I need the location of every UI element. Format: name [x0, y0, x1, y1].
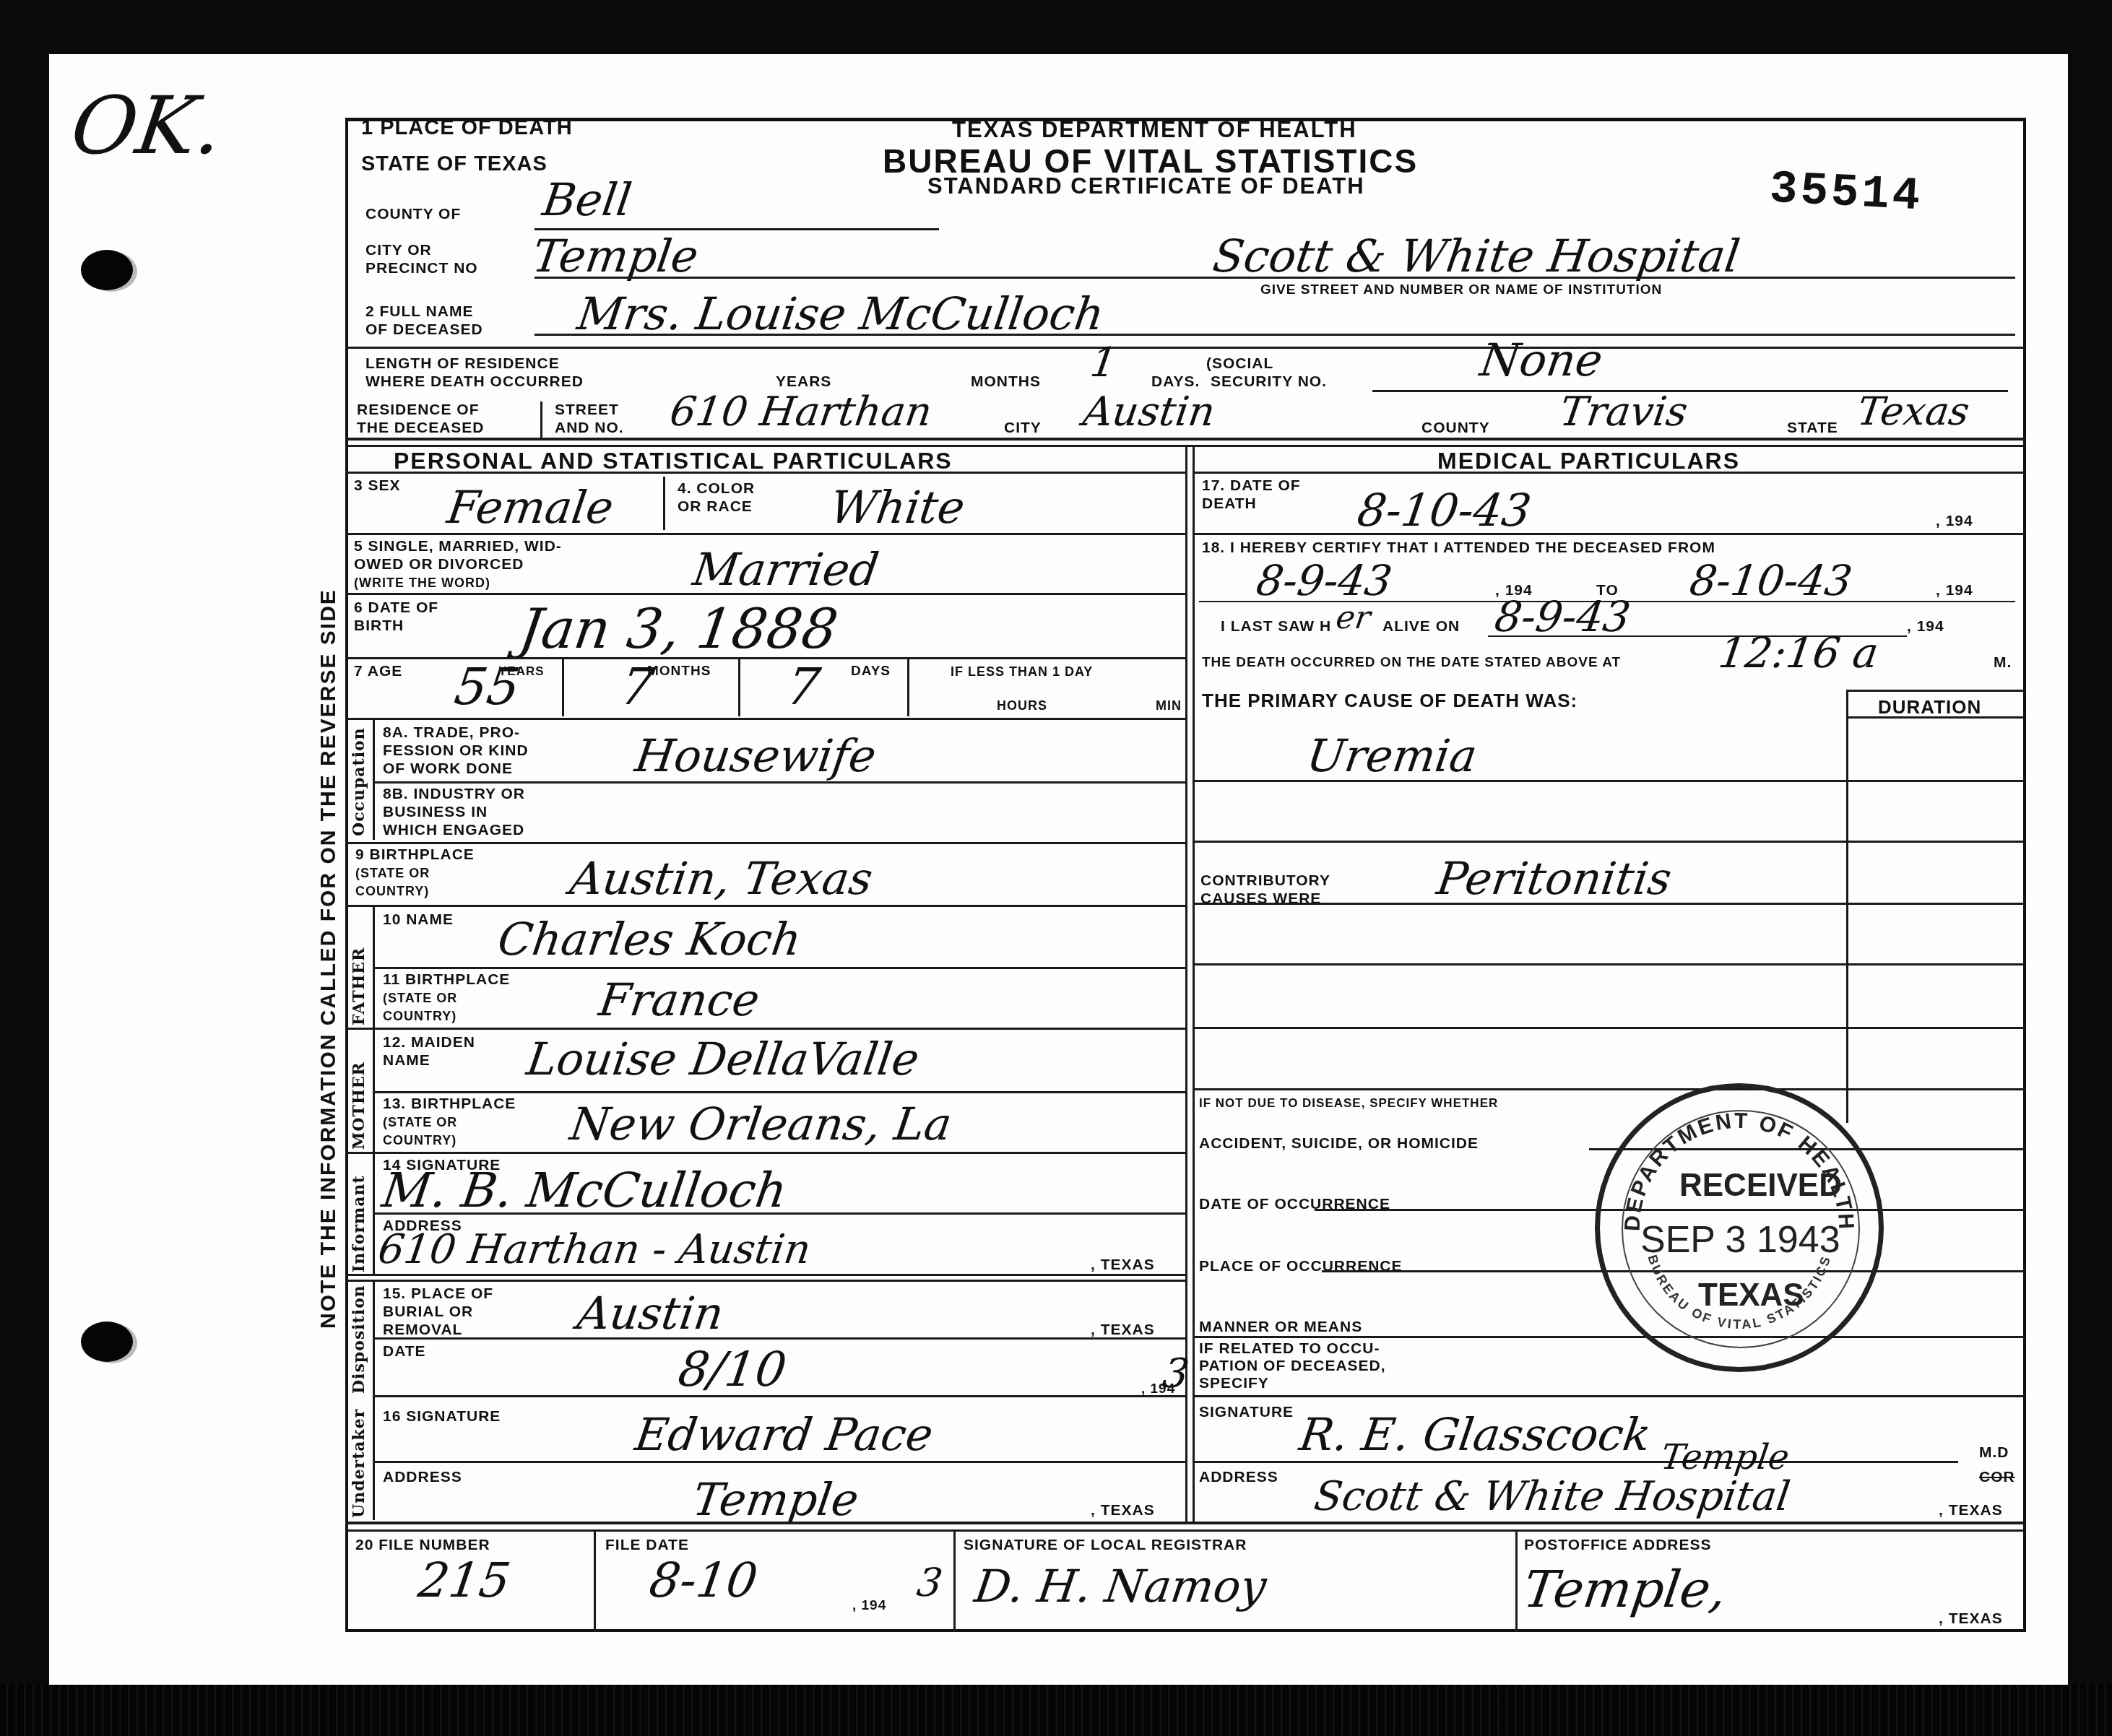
- race-value: White: [827, 481, 968, 534]
- res-state-label: STATE: [1787, 420, 1838, 437]
- marital-value: Married: [690, 543, 882, 596]
- age-years-value: 55: [451, 657, 524, 716]
- occupation-tag: Occupation: [350, 727, 368, 836]
- time-of-death-value: 12:16 a: [1715, 628, 1882, 677]
- dob-value: Jan 3, 1888: [516, 596, 841, 661]
- res-county-value: Travis: [1557, 389, 1690, 435]
- mother-bp-label-3: COUNTRY): [383, 1132, 456, 1149]
- burial-texas-label: , TEXAS: [1091, 1321, 1155, 1339]
- burial-place-value: Austin: [574, 1287, 727, 1340]
- full-name-label-1: 2 FULL NAME: [365, 303, 473, 321]
- attended-from-value: 8-9-43: [1253, 556, 1395, 605]
- undertaker-texas-label: , TEXAS: [1091, 1502, 1155, 1519]
- res-state-value: Texas: [1855, 389, 1973, 434]
- undertaker-address-value: Temple: [690, 1473, 862, 1526]
- occupation-related-label-3: SPECIFY: [1199, 1375, 1269, 1392]
- burial-date-value: 8/10: [675, 1342, 790, 1397]
- scan-border: [0, 1685, 2112, 1736]
- min-label: MIN: [1156, 697, 1182, 714]
- last-saw-label-1: I LAST SAW H: [1221, 618, 1331, 635]
- mother-name-label-2: NAME: [383, 1052, 430, 1069]
- form-title: STANDARD CERTIFICATE OF DEATH: [927, 173, 1365, 199]
- attended-to-year: , 194: [1936, 582, 1973, 599]
- full-name-value: Mrs. Louise McCulloch: [574, 287, 1107, 340]
- father-bp-label-1: 11 BIRTHPLACE: [383, 971, 510, 989]
- mother-name-label-1: 12. MAIDEN: [383, 1034, 475, 1051]
- undertaker-signature: Edward Pace: [632, 1408, 937, 1461]
- physician-city: Temple: [1658, 1437, 1792, 1477]
- industry-label-3: WHICH ENGAGED: [383, 822, 524, 839]
- stamp-state: TEXAS: [1698, 1277, 1804, 1314]
- state-label: STATE OF TEXAS: [361, 153, 548, 175]
- registrar-signature: D. H. Namoy: [971, 1560, 1270, 1613]
- mother-tag: MOTHER: [350, 1062, 368, 1150]
- dod-label-2: DEATH: [1202, 495, 1257, 513]
- residence-label-1: RESIDENCE OF: [357, 402, 480, 419]
- city-label-1: CITY OR: [365, 242, 432, 259]
- file-date-value: 8-10: [646, 1553, 761, 1608]
- res-city-label: CITY: [1004, 420, 1042, 437]
- hours-label: HOURS: [997, 697, 1047, 714]
- md-label: M.D: [1979, 1444, 2009, 1462]
- birthplace-label-3: COUNTRY): [355, 882, 429, 900]
- personal-section-title: PERSONAL AND STATISTICAL PARTICULARS: [394, 448, 953, 474]
- street-value: 610 Harthan: [667, 389, 935, 435]
- disposition-tag: Disposition: [350, 1285, 368, 1394]
- residence-length-label-2: WHERE DEATH OCCURRED: [365, 373, 584, 391]
- father-tag: FATHER: [350, 947, 368, 1025]
- ssn-label-1: (SOCIAL: [1206, 355, 1273, 373]
- physician-address-value: Scott & White Hospital: [1311, 1473, 1793, 1520]
- street-label-1: STREET: [555, 402, 619, 419]
- age-days-label: DAYS: [851, 663, 891, 680]
- physician-texas-label: , TEXAS: [1939, 1502, 2003, 1519]
- undertaker-tag: Undertaker: [350, 1409, 368, 1518]
- father-name-value: Charles Koch: [495, 913, 805, 965]
- punch-hole-bottom: [81, 1321, 133, 1362]
- postoffice-label: POSTOFFICE ADDRESS: [1524, 1537, 1712, 1554]
- sex-value: Female: [444, 481, 617, 534]
- registrar-label: SIGNATURE OF LOCAL REGISTRAR: [964, 1537, 1247, 1554]
- manner-label: MANNER OR MEANS: [1199, 1319, 1362, 1336]
- department-title: TEXAS DEPARTMENT OF HEALTH: [952, 117, 1357, 143]
- punch-hole-top: [81, 250, 133, 290]
- marital-label-2: OWED OR DIVORCED: [354, 556, 524, 573]
- sex-label: 3 SEX: [354, 477, 401, 495]
- postoffice-texas-label: , TEXAS: [1939, 1610, 2003, 1628]
- postoffice-value: Temple,: [1520, 1560, 1730, 1619]
- file-number-label: 20 FILE NUMBER: [355, 1537, 490, 1554]
- file-year-prefix: , 194: [852, 1597, 886, 1615]
- not-disease-label: IF NOT DUE TO DISEASE, SPECIFY WHETHER: [1199, 1095, 1498, 1112]
- stamp-status: RECEIVED: [1679, 1168, 1842, 1204]
- county-label: COUNTY OF: [365, 206, 461, 223]
- time-label: THE DEATH OCCURRED ON THE DATE STATED AB…: [1202, 654, 1621, 672]
- last-saw-date: 8-9-43: [1492, 592, 1633, 641]
- months-label: MONTHS: [971, 373, 1041, 391]
- informant-signature: M. B. McCulloch: [379, 1163, 791, 1218]
- ssn-value: None: [1477, 334, 1606, 386]
- county-value: Bell: [540, 173, 635, 226]
- full-name-label-2: OF DECEASED: [365, 321, 483, 339]
- institution-value: Scott & White Hospital: [1210, 230, 1743, 282]
- cor-label: COR: [1979, 1469, 2015, 1486]
- file-number-value: 215: [415, 1553, 514, 1608]
- marital-label-1: 5 SINGLE, MARRIED, WID-: [354, 538, 562, 555]
- race-label-1: 4. COLOR: [678, 480, 755, 498]
- father-birthplace-value: France: [596, 973, 763, 1026]
- attended-to-value: 8-10-43: [1687, 556, 1855, 605]
- time-suffix: M.: [1994, 654, 2012, 672]
- last-saw-label-2: ALIVE ON: [1382, 618, 1460, 635]
- contributory-cause-value: Peritonitis: [1434, 852, 1675, 905]
- mother-birthplace-value: New Orleans, La: [567, 1098, 955, 1150]
- dod-label-1: 17. DATE OF: [1202, 477, 1301, 495]
- primary-cause-label: THE PRIMARY CAUSE OF DEATH WAS:: [1202, 690, 1577, 711]
- primary-cause-value: Uremia: [1304, 729, 1480, 782]
- place-occurrence-label: PLACE OF OCCURRENCE: [1199, 1258, 1403, 1275]
- occupation-related-label-2: PATION OF DECEASED,: [1199, 1358, 1386, 1375]
- age-label: 7 AGE: [354, 663, 402, 680]
- residence-length-label-1: LENGTH OF RESIDENCE: [365, 355, 560, 373]
- trade-label-2: FESSION OR KIND: [383, 742, 529, 760]
- race-label-2: OR RACE: [678, 498, 753, 516]
- duration-label: DURATION: [1878, 696, 1981, 718]
- received-stamp: DEPARTMENT OF HEALTH BUREAU OF VITAL STA…: [1595, 1083, 1884, 1372]
- street-label-2: AND NO.: [555, 420, 624, 437]
- informant-address-value: 610 Harthan - Austin: [375, 1226, 813, 1273]
- father-name-label: 10 NAME: [383, 911, 454, 929]
- contributory-label-1: CONTRIBUTORY: [1200, 872, 1330, 890]
- ok-mark: OK.: [66, 79, 228, 172]
- physician-address-label: ADDRESS: [1199, 1469, 1278, 1486]
- informant-texas-label: , TEXAS: [1091, 1257, 1155, 1274]
- city-label-2: PRECINCT NO: [365, 260, 478, 277]
- mother-bp-label-1: 13. BIRTHPLACE: [383, 1095, 516, 1113]
- mother-name-value: Louise DellaValle: [524, 1033, 922, 1085]
- less-than-day-label: IF LESS THAN 1 DAY: [951, 663, 1093, 680]
- ssn-label-2: SECURITY NO.: [1211, 373, 1327, 391]
- margin-note: NOTE THE INFORMATION CALLED FOR ON THE R…: [316, 589, 341, 1329]
- burial-label-2: BURIAL OR: [383, 1303, 473, 1321]
- trade-value: Housewife: [632, 729, 880, 782]
- undertaker-address-label: ADDRESS: [383, 1469, 462, 1486]
- undertaker-sig-label: 16 SIGNATURE: [383, 1408, 501, 1425]
- occupation-related-label-1: IF RELATED TO OCCU-: [1199, 1340, 1380, 1358]
- stamp-date: SEP 3 1943: [1640, 1218, 1840, 1262]
- birthplace-label-2: (STATE OR: [355, 864, 430, 882]
- last-saw-year: , 194: [1907, 618, 1944, 635]
- certify-text: 18. I HEREBY CERTIFY THAT I ATTENDED THE…: [1202, 539, 1715, 557]
- father-bp-label-3: COUNTRY): [383, 1007, 456, 1025]
- residence-label-2: THE DECEASED: [357, 420, 485, 437]
- physician-signature: R. E. Glasscock: [1297, 1408, 1654, 1461]
- physician-sig-label: SIGNATURE: [1199, 1404, 1294, 1421]
- mother-bp-label-2: (STATE OR: [383, 1114, 457, 1131]
- last-saw-pronoun: er: [1333, 599, 1372, 636]
- trade-label-1: 8A. TRADE, PRO-: [383, 724, 520, 742]
- industry-label-1: 8B. INDUSTRY OR: [383, 786, 525, 803]
- age-months-label: MONTHS: [647, 663, 711, 680]
- birthplace-label-1: 9 BIRTHPLACE: [355, 846, 475, 864]
- medical-section-title: MEDICAL PARTICULARS: [1437, 448, 1740, 474]
- birthplace-value: Austin, Texas: [567, 852, 876, 905]
- trade-label-3: OF WORK DONE: [383, 760, 513, 778]
- burial-label-1: 15. PLACE OF: [383, 1285, 493, 1303]
- institution-hint: GIVE STREET AND NUMBER OR NAME OF INSTIT…: [1260, 282, 1662, 299]
- file-date-label: FILE DATE: [605, 1537, 689, 1554]
- place-of-death-label: 1 PLACE OF DEATH: [361, 117, 573, 139]
- dob-label-1: 6 DATE OF: [354, 599, 438, 617]
- city-value: Temple: [529, 230, 701, 282]
- res-county-label: COUNTY: [1421, 420, 1490, 437]
- contributory-label-2: CAUSES WERE: [1200, 890, 1321, 908]
- dod-value: 8-10-43: [1354, 484, 1534, 537]
- dob-label-2: BIRTH: [354, 617, 404, 635]
- father-bp-label-2: (STATE OR: [383, 989, 457, 1007]
- industry-label-2: BUSINESS IN: [383, 804, 488, 821]
- res-city-value: Austin: [1080, 389, 1218, 435]
- informant-tag: Informant: [350, 1175, 368, 1272]
- accident-label: ACCIDENT, SUICIDE, OR HOMICIDE: [1199, 1135, 1479, 1153]
- marital-label-3: (WRITE THE WORD): [354, 574, 490, 591]
- certificate-number: 35514: [1768, 164, 1924, 224]
- burial-date-label: DATE: [383, 1343, 426, 1360]
- dod-year-suffix: , 194: [1936, 513, 1973, 530]
- burial-label-3: REMOVAL: [383, 1321, 462, 1339]
